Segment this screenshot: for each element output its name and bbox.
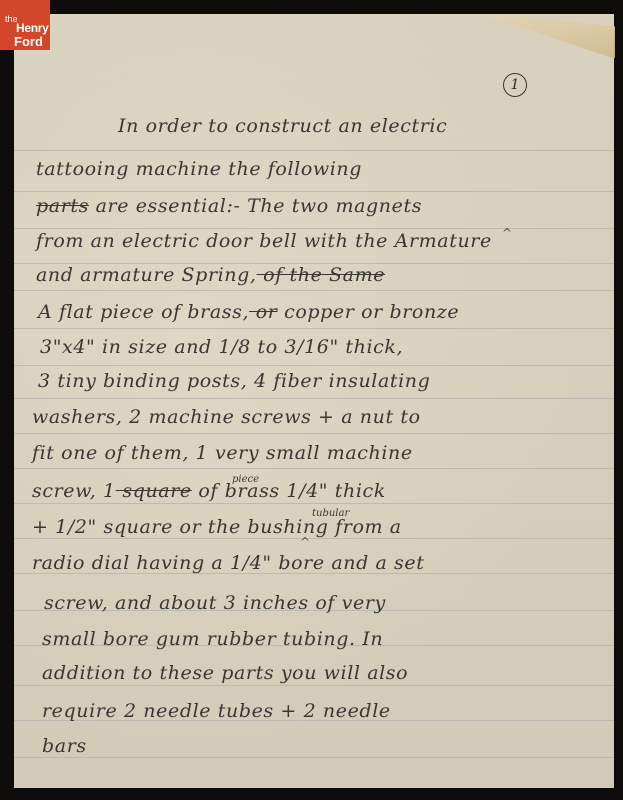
- ruled-line: [14, 290, 614, 291]
- ruled-line: [14, 433, 614, 434]
- ruled-line: [14, 328, 614, 329]
- handwritten-line-16: addition to these parts you will also: [42, 662, 408, 684]
- handwritten-line-14: screw, and about 3 inches of very: [44, 592, 386, 614]
- handwritten-line-8: 3 tiny binding posts, 4 fiber insulating: [38, 370, 430, 392]
- handwritten-line-17: require 2 needle tubes + 2 needle: [42, 700, 391, 722]
- ruled-line: [14, 191, 614, 192]
- handwritten-line-7: 3"x4" in size and 1/8 to 3/16" thick,: [40, 336, 403, 358]
- struck-text: or: [249, 301, 277, 323]
- struck-text: of the Same: [257, 264, 386, 286]
- ruled-line: [14, 398, 614, 399]
- handwritten-line-1: In order to construct an electric: [118, 115, 447, 137]
- ruled-line: [14, 150, 614, 151]
- ruled-line: [14, 365, 614, 366]
- handwritten-line-2: tattooing machine the following: [36, 158, 362, 180]
- ruled-line: [14, 228, 614, 229]
- ruled-line: [14, 468, 614, 469]
- logo-text-ford: Ford: [14, 35, 43, 48]
- logo-text-henry: Henry: [16, 22, 49, 34]
- struck-text: square: [116, 480, 192, 502]
- handwritten-line-6: A flat piece of brass, or copper or bron…: [38, 301, 459, 323]
- handwritten-line-11: screw, 1 square of brass 1/4" thick: [32, 480, 386, 502]
- handwritten-line-12: + 1/2" square or the bushing from a: [32, 516, 402, 538]
- insertion-caret: ^: [300, 535, 310, 549]
- struck-text: parts: [36, 195, 89, 217]
- ruled-line: [14, 538, 614, 539]
- handwritten-line-18: bars: [42, 735, 87, 757]
- handwritten-line-13: radio dial having a 1/4" bore and a set: [32, 552, 424, 574]
- ruled-line: [14, 757, 614, 758]
- henry-ford-logo: the Henry Ford: [0, 0, 50, 50]
- handwritten-line-15: small bore gum rubber tubing. In: [42, 628, 383, 650]
- insertion-caret: ^: [502, 226, 512, 240]
- handwritten-line-5: and armature Spring, of the Same: [36, 264, 385, 286]
- page-number: 1: [503, 73, 527, 97]
- handwritten-line-3: parts are essential:- The two magnets: [36, 195, 422, 217]
- handwritten-line-10: fit one of them, 1 very small machine: [32, 442, 413, 464]
- ruled-line: [14, 503, 614, 504]
- handwritten-line-4: from an electric door bell with the Arma…: [36, 230, 492, 252]
- ruled-line: [14, 685, 614, 686]
- handwritten-line-9: washers, 2 machine screws + a nut to: [32, 406, 421, 428]
